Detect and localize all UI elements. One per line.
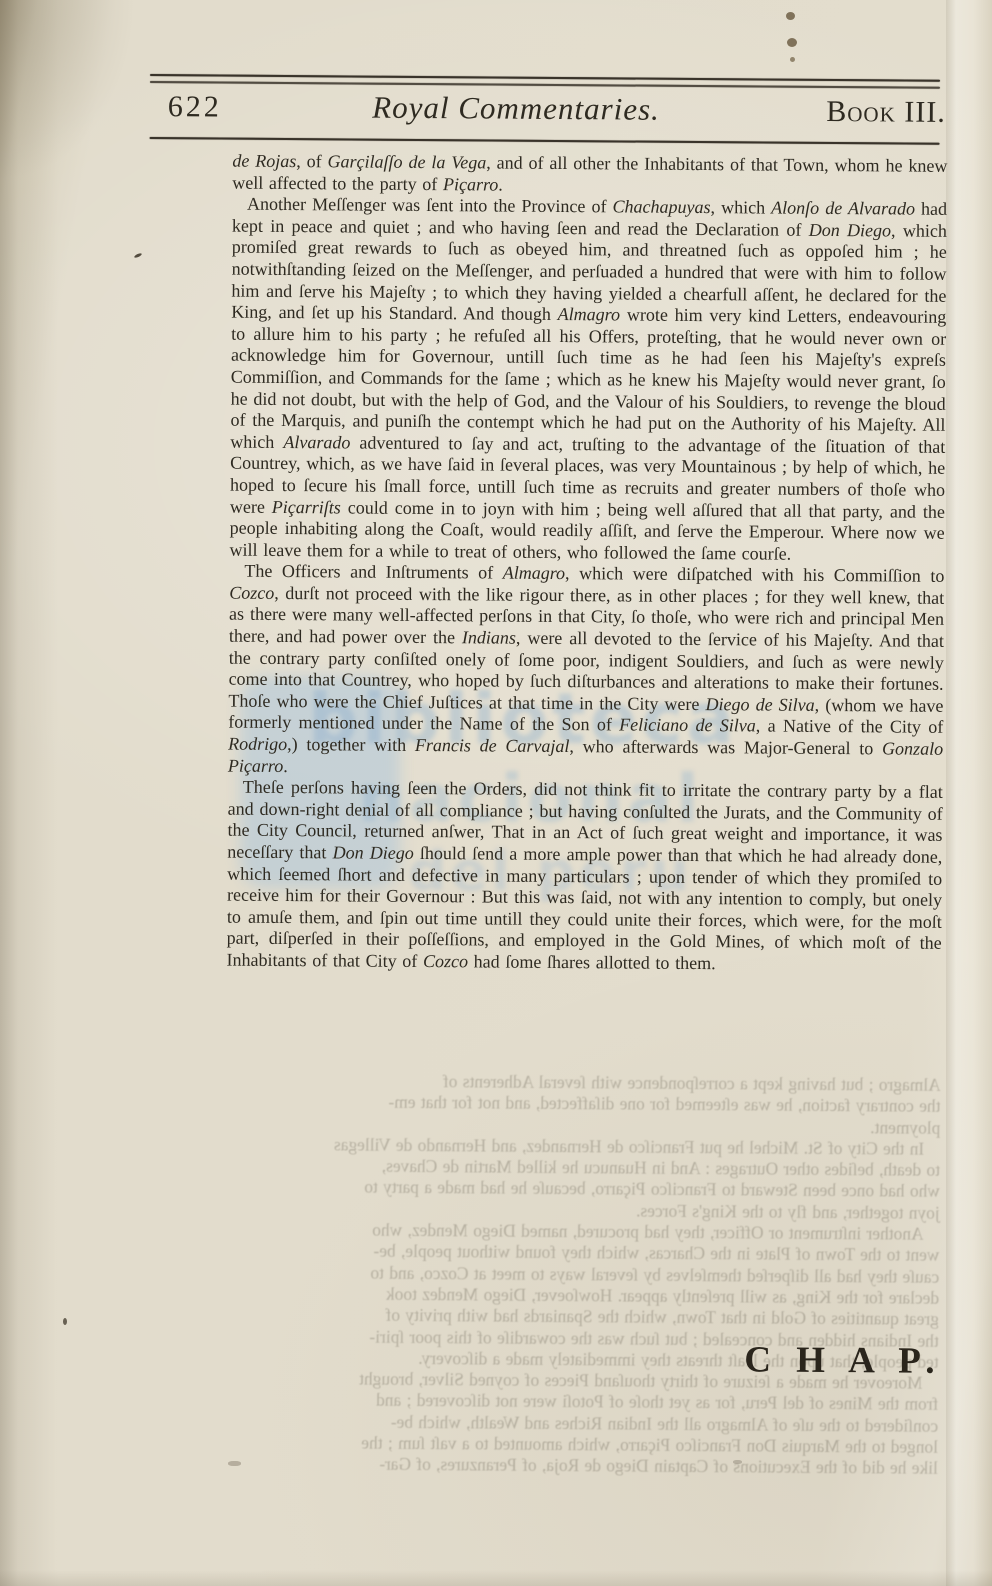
- paragraph: The Officers and Inſtruments of Almagro,…: [228, 561, 945, 782]
- body-text: de Rojas, of Garçilaſſo de la Vega, and …: [226, 151, 947, 977]
- running-header: 622 Royal Commentaries. Book III.: [152, 88, 946, 130]
- paragraph: de Rojas, of Garçilaſſo de la Vega, and …: [232, 151, 947, 199]
- running-title: Royal Commentaries.: [372, 90, 660, 128]
- paragraph: Theſe perſons having ſeen the Orders, di…: [226, 777, 942, 977]
- header-rule-top-second: [150, 81, 940, 88]
- chapter-heading: C H A P.: [744, 1338, 943, 1382]
- printed-content: 622 Royal Commentaries. Book III. de Roj…: [0, 0, 992, 1586]
- book-page-scan: biblioteca nacional del peru 622 Royal C…: [0, 0, 992, 1586]
- bleedthrough-text: Almagro ; but having kept a correſponden…: [223, 1070, 941, 1480]
- paragraph: Another Meſſenger was ſent into the Prov…: [229, 194, 947, 566]
- page-number: 622: [152, 90, 222, 125]
- bleedthrough-line: like he did of the Executions of Captain…: [223, 1453, 938, 1480]
- book-label: Book III.: [826, 95, 946, 130]
- header-rule-bottom: [150, 137, 940, 145]
